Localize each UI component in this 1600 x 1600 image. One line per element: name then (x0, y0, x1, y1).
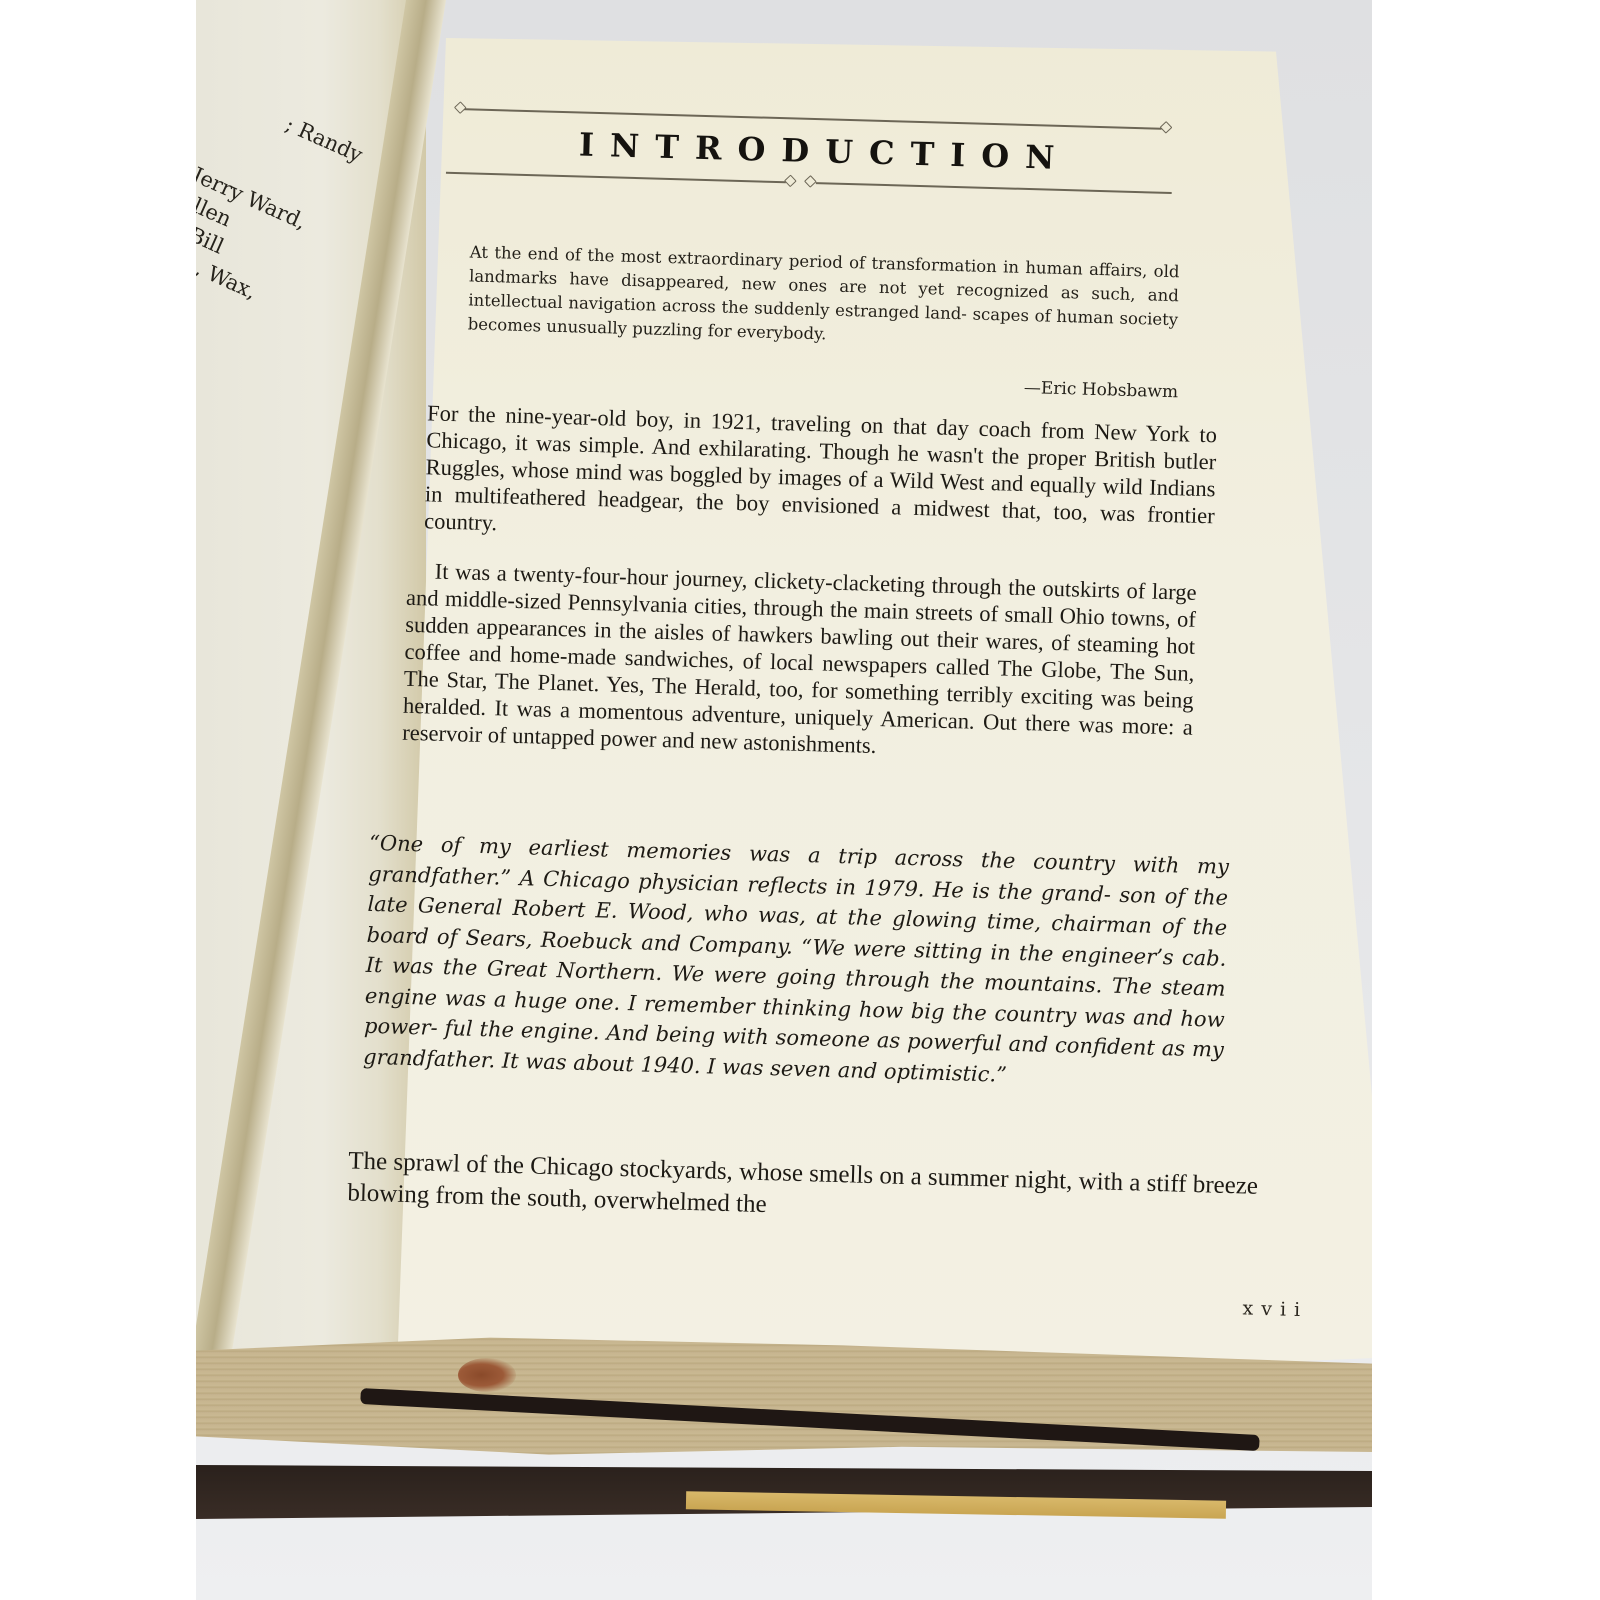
body-paragraph: It was a twenty-four-hour journey, click… (402, 557, 1197, 768)
edge-stain (458, 1358, 516, 1392)
block-quote: “One of my earliest memories was a trip … (363, 828, 1229, 1096)
body-paragraph: For the nine-year-old boy, in 1921, trav… (424, 399, 1217, 556)
epigraph: At the end of the most extraordinary per… (467, 240, 1179, 356)
book-photo: ; Randy t Powers, Jerry Ward,ry, Judith … (196, 0, 1372, 1600)
page-number: xvii (1242, 1297, 1308, 1321)
